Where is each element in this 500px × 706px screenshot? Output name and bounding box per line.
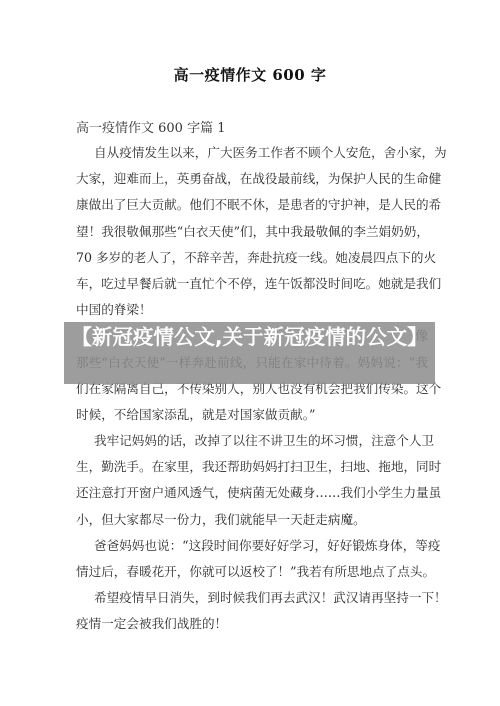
text-line: 望！我很敬佩那些“白衣天使”们，其中我最敬佩的李兰娟奶奶，: [76, 222, 428, 248]
text-line: 小，但大家都尽一份力，我们就能早一天赶走病魔。: [76, 510, 428, 536]
text-line: 希望疫情早日消失，到时候我们再去武汉！武汉请再坚持一下！: [76, 588, 428, 614]
text-line: 爸爸妈妈也说：“这段时间你要好好学习，好好锻炼身体，等疫: [76, 536, 428, 562]
text-line: 70 多岁的老人了，不辞辛苦，奔赴抗疫一线。她凌晨四点下的火: [76, 248, 428, 274]
document-title: 高一疫情作文 600 字: [0, 64, 500, 85]
essay-subtitle: 高一疫情作文 600 字篇 1: [76, 117, 225, 136]
text-line: 我牢记妈妈的话，改掉了以往不讲卫生的坏习惯，注意个人卫: [76, 431, 428, 457]
text-line: 还注意打开窗户通风透气，使病菌无处藏身……我们小学生力量虽: [76, 483, 428, 509]
essay-body: 自从疫情发生以来，广大医务工作者不顾个人安危，舍小家，为 大家，迎难而上，英勇奋…: [76, 143, 428, 641]
text-line: 大家，迎难而上，英勇奋战，在战役最前线，为保护人民的生命健: [76, 169, 428, 195]
text-line: 时候，不给国家添乱，就是对国家做贡献。”: [76, 405, 428, 431]
text-line: 车，吃过早餐后就一直忙个不停，连午饭都没时间吃。她就是我们: [76, 274, 428, 300]
text-line: 自从疫情发生以来，广大医务工作者不顾个人安危，舍小家，为: [76, 143, 428, 169]
text-line: 情过后，春暖花开，你就可以返校了！”我若有所思地点了点头。: [76, 562, 428, 588]
overlay-title: 【新冠疫情公文,关于新冠疫情的公文】: [64, 322, 435, 352]
text-line: 疫情一定会被我们战胜的！: [76, 614, 428, 640]
text-line: 康做出了巨大贡献。他们不眠不休，是患者的守护神，是人民的希: [76, 195, 428, 221]
text-line: 生，勤洗手。在家里，我还帮助妈妈打扫卫生，扫地、拖地，同时: [76, 457, 428, 483]
